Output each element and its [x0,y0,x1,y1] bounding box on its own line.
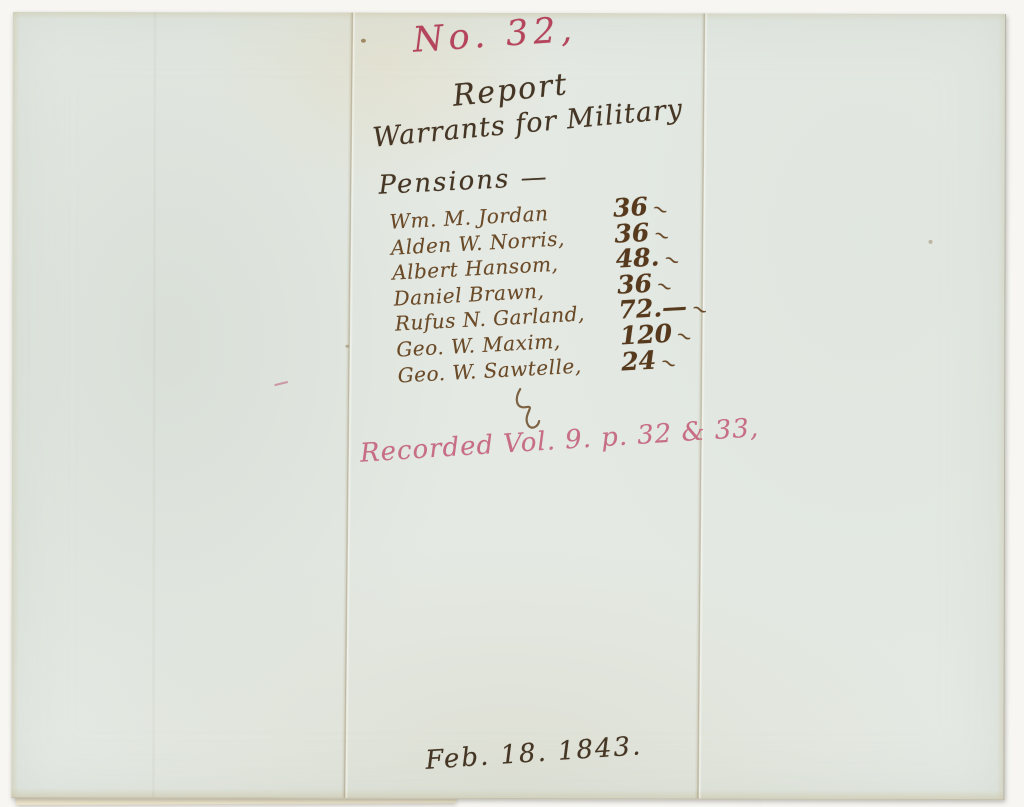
fold-crease-left [341,13,356,798]
document-sheet: No. 32, Report Warrants for Military Pen… [11,12,1006,800]
fold-crease-faint [151,12,157,797]
foxing-spot [345,345,349,348]
foxing-spot [361,39,366,43]
document-number: No. 32, [412,10,578,61]
fold-crease-right [695,13,708,798]
date-line: Feb. 18. 1843. [424,731,643,776]
scanner-background: No. 32, Report Warrants for Military Pen… [0,0,1024,807]
subject-line-2: Pensions — [378,162,549,201]
foxing-spot [929,240,933,244]
pension-entry-list: Wm. M. Jordan 36 Alden W. Norris, 36 Alb… [389,190,698,385]
stray-ink-mark [274,381,288,386]
